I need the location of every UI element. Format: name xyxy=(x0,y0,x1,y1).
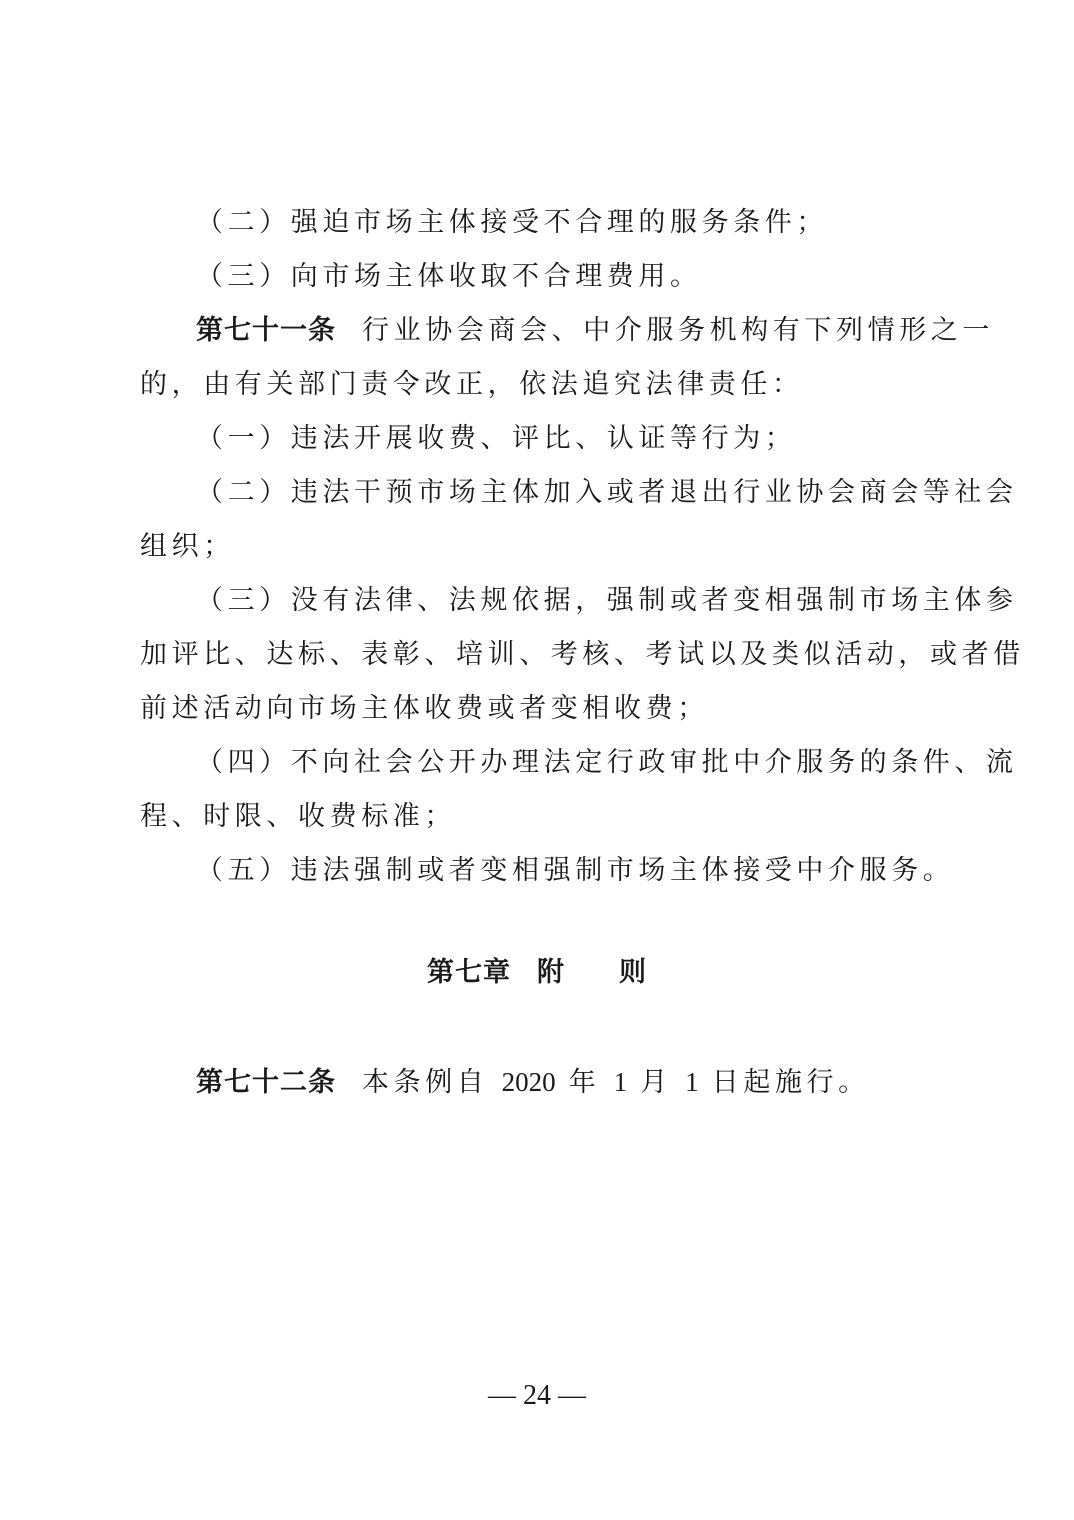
article-71-item-5: （五）违法强制或者变相强制市场主体接受中介服务。 xyxy=(196,851,996,891)
article-71-item-2: （二）违法干预市场主体加入或者退出行业协会商会等社会 xyxy=(196,473,996,513)
article-72-heading: 第七十二条 xyxy=(196,1067,336,1098)
clause-2-text: （二）强迫市场主体接受不合理的服务条件； xyxy=(196,203,996,243)
article-71-text: 行业协会商会、中介服务机构有下列情形之一 xyxy=(362,315,994,346)
article-71-item-1: （一）违法开展收费、评比、认证等行为； xyxy=(196,419,996,459)
article-72-year: 2020 xyxy=(502,1067,556,1097)
article-71: 第七十一条行业协会商会、中介服务机构有下列情形之一 xyxy=(196,311,996,351)
article-71-item-3: （三）没有法律、法规依据，强制或者变相强制市场主体参 xyxy=(196,581,996,621)
article-72-text-before: 本条例自 xyxy=(362,1067,488,1098)
article-71-item-4-cont: 程、时限、收费标准； xyxy=(140,797,940,837)
article-71-item-3-cont-1: 加评比、达标、表彰、培训、考核、考试以及类似活动，或者借 xyxy=(140,635,940,675)
article-72-month-unit: 月 xyxy=(640,1067,672,1098)
document-page: （二）强迫市场主体接受不合理的服务条件； （三）向市场主体收取不合理费用。 第七… xyxy=(0,0,1074,1520)
article-71-text-cont: 的，由有关部门责令改正，依法追究法律责任： xyxy=(140,365,940,405)
article-72-year-unit: 年 xyxy=(569,1067,601,1098)
article-71-item-2-cont: 组织； xyxy=(140,527,940,567)
article-71-heading: 第七十一条 xyxy=(196,315,336,346)
article-72-text-after: 日起施行。 xyxy=(712,1067,870,1098)
article-72-month: 1 xyxy=(614,1067,628,1097)
article-72: 第七十二条本条例自 2020 年 1 月 1 日起施行。 xyxy=(196,1062,996,1102)
chapter-title-part2: 则 xyxy=(619,957,647,988)
chapter-title-part1: 附 xyxy=(537,957,565,988)
chapter-number: 第七章 xyxy=(427,957,511,988)
article-71-item-4: （四）不向社会公开办理法定行政审批中介服务的条件、流 xyxy=(196,743,996,783)
page-number: — 24 — xyxy=(0,1376,1074,1416)
chapter-heading: 第七章附则 xyxy=(0,953,1074,993)
article-71-item-3-cont-2: 前述活动向市场主体收费或者变相收费； xyxy=(140,689,940,729)
clause-3-text: （三）向市场主体收取不合理费用。 xyxy=(196,257,996,297)
article-72-day: 1 xyxy=(685,1067,699,1097)
